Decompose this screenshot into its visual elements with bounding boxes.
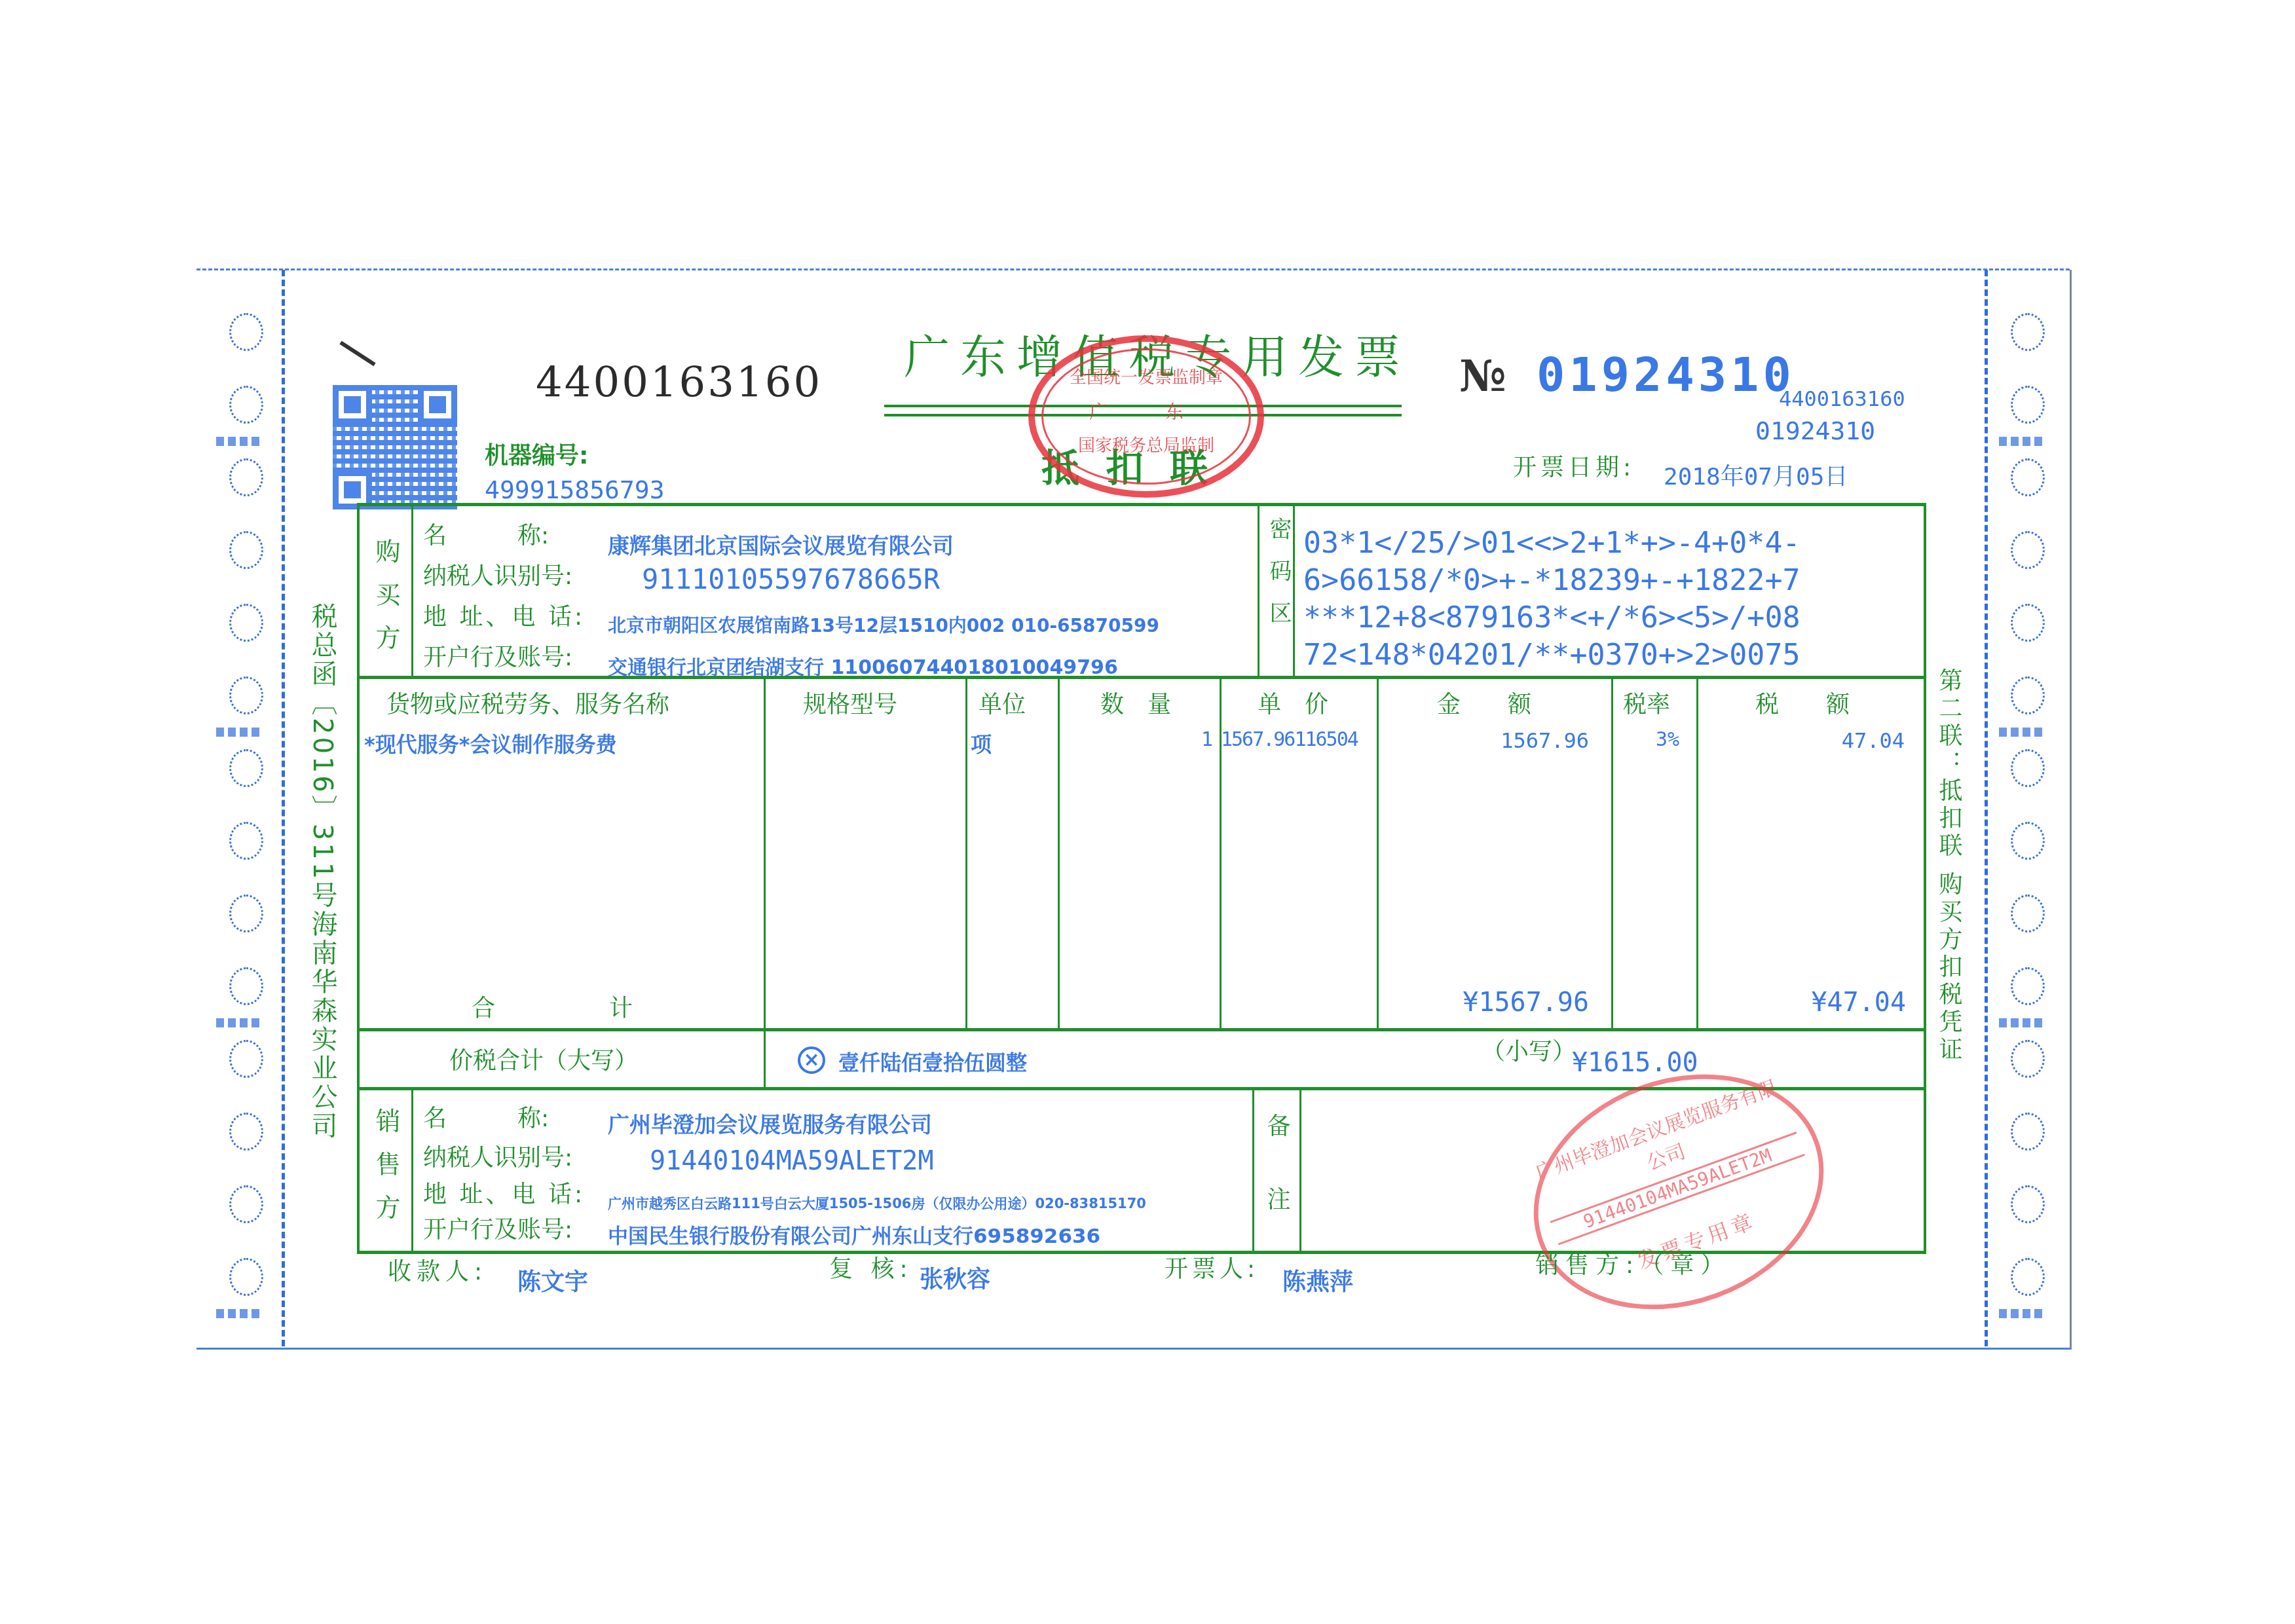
reviewer: 张秋容: [920, 1261, 990, 1295]
total-amount: ¥1567.96: [1379, 987, 1589, 1018]
cipher-line: 72<148*04201/**+0370+>2>0075: [1303, 636, 1801, 673]
tractor-feed-hole: [2011, 531, 2045, 569]
cipher-area: 03*1</25/>01<<>2+1*+>-4+0*4- 6>66158/*0>…: [1303, 524, 1801, 673]
tractor-feed-hole: [229, 1185, 263, 1223]
item-tax: 47.04: [1699, 728, 1905, 753]
tractor-feed-hole: [2011, 1113, 2045, 1151]
invoice-code: 4400163160: [536, 359, 822, 407]
item-unit: 项: [971, 728, 992, 758]
tractor-feed-hole: [229, 676, 263, 714]
tractor-feed-hole: [229, 604, 263, 642]
col-header-rate: 税率: [1623, 686, 1670, 720]
printed-invoice-code: 4400163160: [1779, 386, 1905, 411]
perforation-mark: [216, 1309, 262, 1318]
tractor-feed-hole: [2011, 1040, 2045, 1078]
perforation-mark: [216, 1018, 262, 1027]
seller-tax-id-label: 纳税人识别号:: [423, 1139, 572, 1173]
col-header-qty: 数 量: [1100, 686, 1171, 720]
circled-x-icon: ×: [798, 1046, 825, 1074]
item-amount: 1567.96: [1379, 728, 1589, 753]
right-margin-text: 第二联：抵扣联 购买方扣税凭证: [1932, 668, 1966, 1064]
seller-bank-account: 中国民生银行股份有限公司广州东山支行695892636: [608, 1219, 1100, 1249]
buyer-name-label: 名 称:: [423, 517, 549, 551]
buyer-address-label: 地 址、电 话:: [423, 599, 585, 632]
payee: 陈文宇: [517, 1264, 588, 1297]
seal-bottom-text: 国家税务总局监制: [1054, 432, 1238, 456]
buyer-bank-account: 交通银行北京团结湖支行 110060744018010049796: [608, 651, 1118, 680]
tractor-feed-hole: [2011, 313, 2045, 351]
buyer-side-label: 购买方: [368, 538, 404, 668]
tractor-feed-hole: [229, 458, 263, 496]
tractor-feed-hole: [2011, 1185, 2045, 1223]
tractor-feed-hole: [2011, 749, 2045, 787]
item-qty: 1: [1060, 728, 1213, 751]
buyer-address-phone: 北京市朝阳区农展馆南路13号12层1510内002 010-65870599: [608, 612, 1159, 638]
supervision-seal: 全国统一发票监制章 广 东 国家税务总局监制: [1028, 335, 1264, 498]
left-margin-text: 税总函〔2016〕311号海南华森实业公司: [304, 602, 341, 1141]
buyer-bank-label: 开户行及账号:: [423, 639, 572, 673]
date-label: 开票日期:: [1513, 449, 1635, 483]
invoice-number: 01924310: [1537, 347, 1795, 402]
issuer-label: 开票人:: [1165, 1251, 1259, 1284]
seller-address-phone: 广州市越秀区白云路111号白云大厦1505-1506房（仅限办公用途）020-8…: [608, 1193, 1146, 1213]
seal-top-text: 全国统一发票监制章: [1054, 364, 1238, 388]
seller-bank-label: 开户行及账号:: [423, 1211, 572, 1245]
item-name: *现代服务*会议制作服务费: [364, 728, 616, 758]
tractor-feed-hole: [2011, 967, 2045, 1005]
machine-no: 499915856793: [485, 475, 665, 504]
perforation-mark: [216, 728, 262, 737]
machine-no-label: 机器编号:: [485, 437, 588, 471]
reviewer-label: 复 核:: [829, 1251, 913, 1284]
col-header-tax: 税 额: [1755, 686, 1850, 720]
grand-total-words: 壹仟陆佰壹拾伍圆整: [838, 1046, 1027, 1077]
item-unit-price: 1567.96116504: [1221, 728, 1358, 751]
tractor-feed-hole: [2011, 386, 2045, 424]
tractor-feed-hole: [229, 1040, 263, 1078]
buyer-tax-id-label: 纳税人识别号:: [423, 558, 572, 591]
col-header-amount: 金 额: [1437, 686, 1531, 720]
tractor-feed-hole: [229, 822, 263, 860]
cipher-line: 6>66158/*0>+-*18239+-+1822+7: [1303, 561, 1801, 599]
buyer-name: 康辉集团北京国际会议展览有限公司: [608, 529, 954, 560]
seller-name: 广州毕澄加会议展览服务有限公司: [608, 1108, 932, 1139]
total-tax: ¥47.04: [1699, 987, 1906, 1018]
col-header-name: 货物或应税劳务、服务名称: [386, 686, 669, 720]
tractor-feed-hole: [2011, 458, 2045, 496]
item-tax-rate: 3%: [1614, 728, 1679, 751]
printed-invoice-number: 01924310: [1755, 416, 1875, 445]
remarks-label: 备注: [1260, 1113, 1294, 1260]
tractor-feed-hole: [229, 386, 263, 424]
no-symbol: №: [1459, 350, 1506, 401]
tractor-feed-hole: [229, 313, 263, 351]
seller-name-label: 名 称:: [423, 1100, 549, 1134]
issuer: 陈燕萍: [1282, 1264, 1353, 1297]
tractor-feed-hole: [2011, 822, 2045, 860]
payee-label: 收款人:: [388, 1253, 487, 1287]
seller-side-label: 销售方: [368, 1108, 404, 1238]
grand-total-small-label: （小写）: [1482, 1033, 1576, 1067]
total-label: 合 计: [472, 990, 637, 1024]
cipher-line: ***12+8<879163*<+/*6><5>/+08: [1303, 599, 1801, 636]
perforation-mark: [216, 437, 262, 446]
col-header-spec: 规格型号: [803, 686, 897, 720]
buyer-tax-id: 91110105597678665R: [642, 563, 940, 595]
tractor-feed-hole: [229, 1258, 263, 1296]
tractor-feed-hole: [2011, 676, 2045, 714]
perforation-mark: [1999, 1309, 2045, 1318]
paper-top-perforation: [196, 268, 2070, 270]
tractor-feed-hole: [229, 1113, 263, 1151]
tractor-feed-hole: [229, 749, 263, 787]
perforation-mark: [1999, 1018, 2045, 1027]
tractor-feed-hole: [229, 531, 263, 569]
qr-code-icon: [333, 385, 457, 509]
tractor-feed-hole: [2011, 1258, 2045, 1296]
left-tear-line: [282, 270, 285, 1346]
cipher-line: 03*1</25/>01<<>2+1*+>-4+0*4-: [1303, 524, 1801, 561]
perforation-mark: [1999, 437, 2045, 446]
seller-tax-id: 91440104MA59ALET2M: [650, 1146, 933, 1176]
col-header-unit: 单位: [979, 686, 1026, 720]
seal-middle-text: 广 东: [1054, 398, 1238, 424]
col-header-price: 单 价: [1258, 686, 1328, 720]
tractor-feed-hole: [229, 895, 263, 932]
tractor-feed-hole: [2011, 895, 2045, 932]
seller-stamp-label: 销售方:（章）: [1535, 1247, 1730, 1280]
grand-total-figure: ¥1615.00: [1572, 1048, 1698, 1078]
seller-address-label: 地 址、电 话:: [423, 1176, 585, 1209]
tractor-feed-hole: [2011, 604, 2045, 642]
invoice-date: 2018年07月05日: [1664, 458, 1848, 492]
right-tear-line: [1985, 270, 1988, 1346]
perforation-mark: [1999, 728, 2045, 737]
tractor-feed-hole: [229, 967, 263, 1005]
cipher-label: 密码区: [1263, 517, 1295, 643]
grand-total-label: 价税合计（大写）: [449, 1043, 638, 1076]
